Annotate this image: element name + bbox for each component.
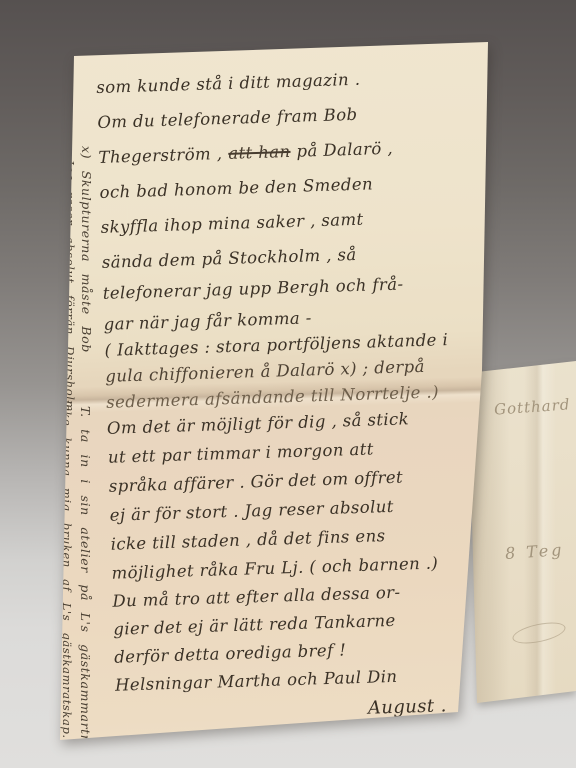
margin-note-inner-lower: T. ta in i sin atelier på L's gästkammar… [78,406,93,768]
line-text-pre: Thegerström , [98,144,222,167]
letter-body: som kunde stå i ditt magazin .Om du tele… [96,66,504,727]
margin-note-inner-upper: x) Skulpturerna måste Bob [79,146,94,353]
margin-note-outer-upper: Jag reser absolut förrän Djursholm [62,160,77,412]
letter-sheet: som kunde stå i ditt magazin .Om du tele… [0,0,576,768]
line-text-post: på Dalarö , [296,139,393,161]
struck-words: att han [228,142,291,163]
photo-background: Gotthard 8 Teg som kunde stå i ditt maga… [0,0,576,768]
signature: August . [368,694,505,719]
margin-note-outer-lower: icke kunna mig bruken af L's gästkamrats… [59,400,74,739]
letter-lines: som kunde stå i ditt magazin .Om du tele… [96,66,503,704]
letter-shadow-wrap: som kunde stå i ditt magazin .Om du tele… [0,0,576,768]
